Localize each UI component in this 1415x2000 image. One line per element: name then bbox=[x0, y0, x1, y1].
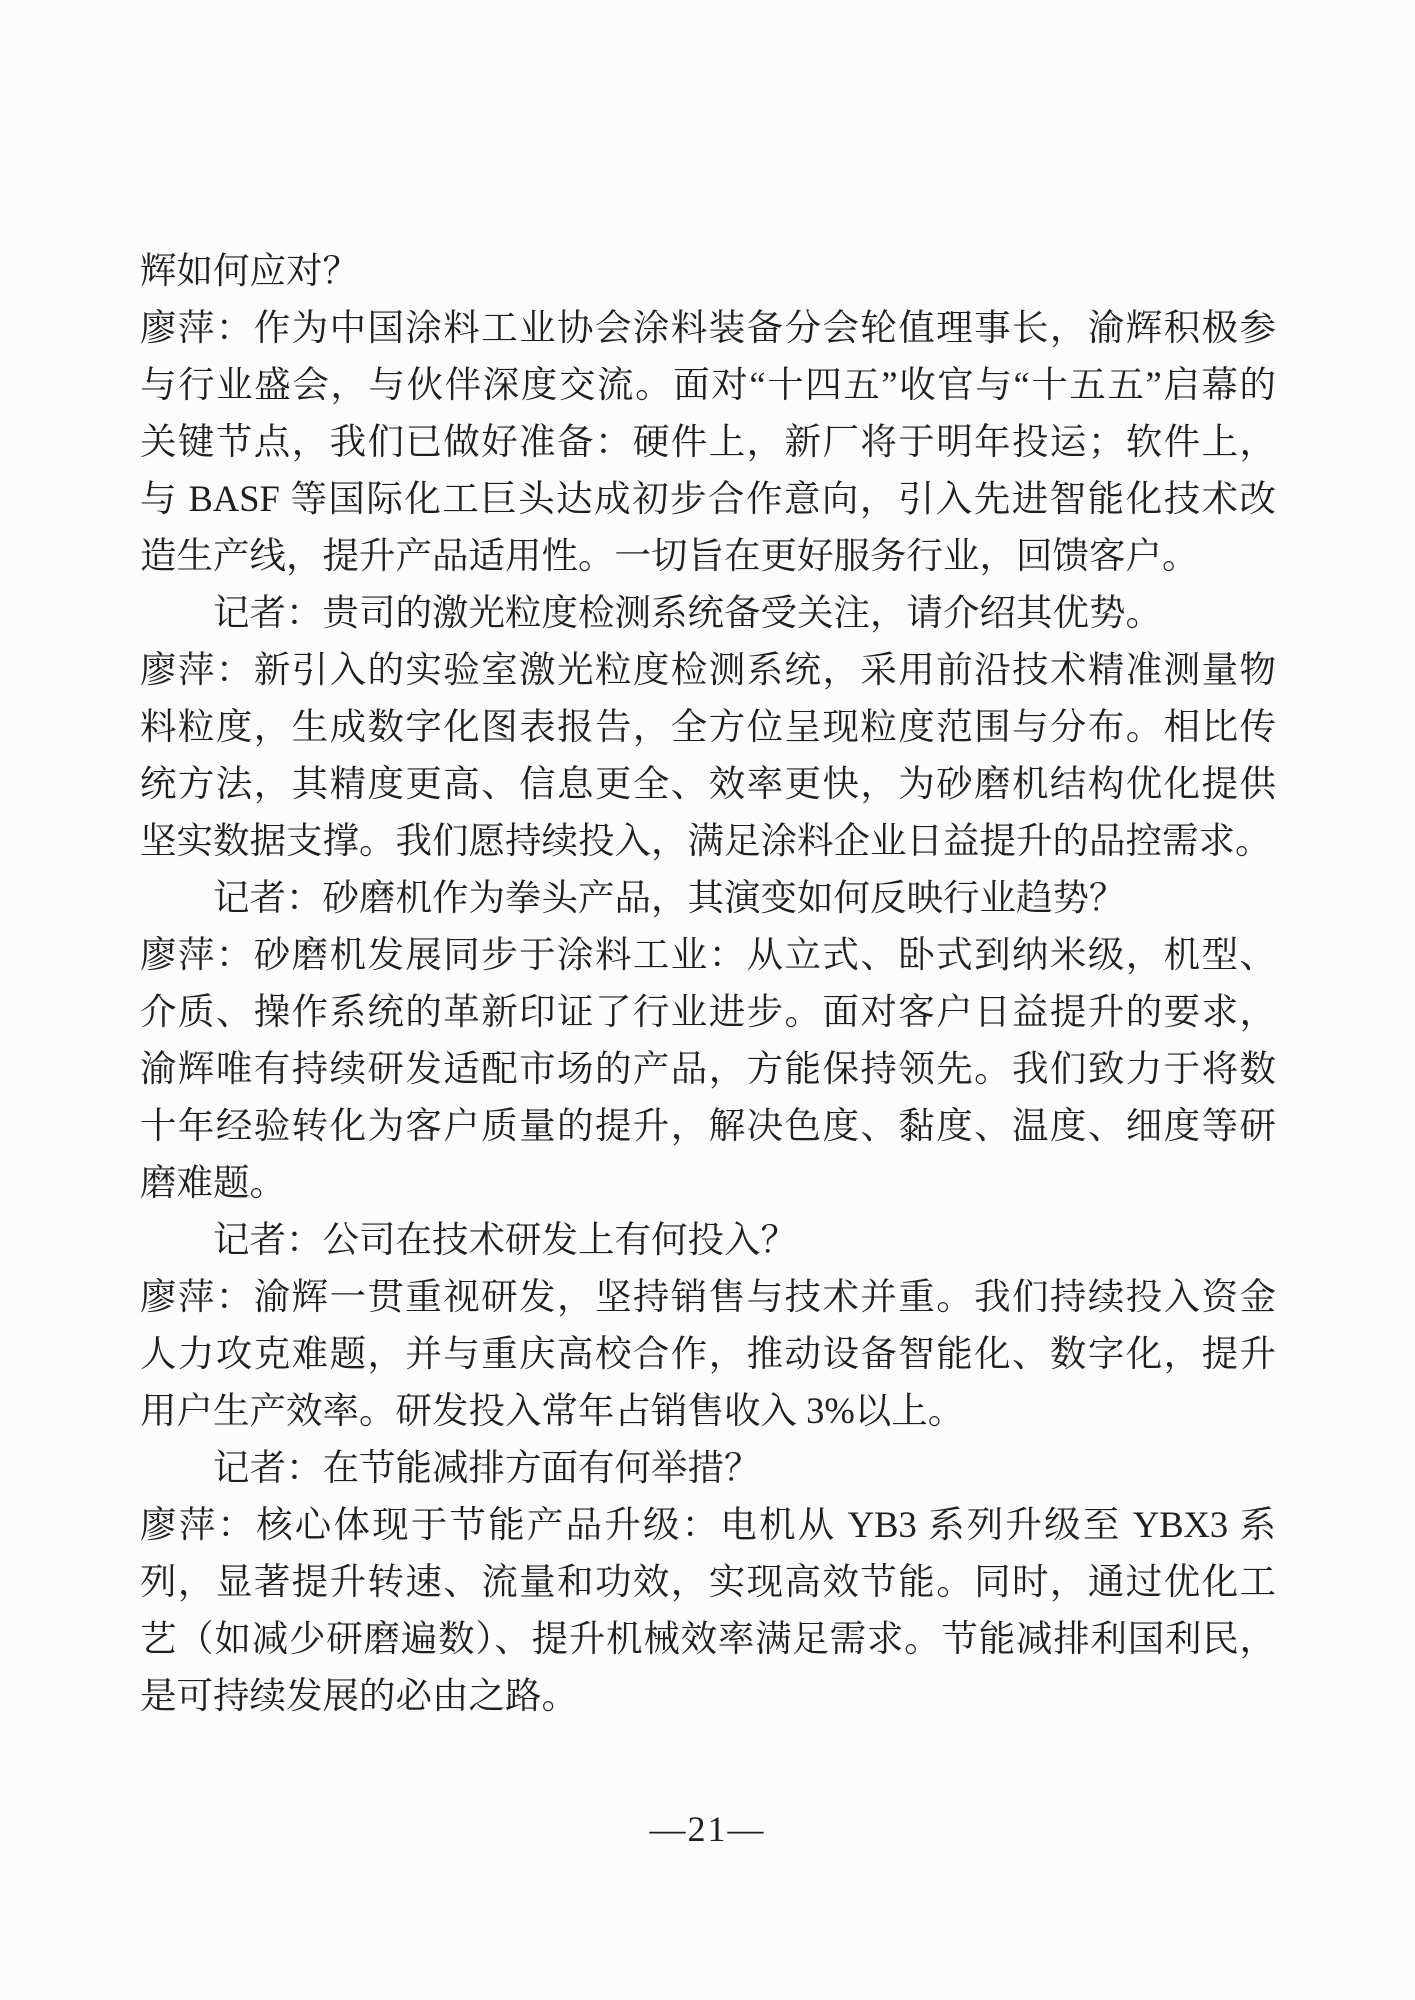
text-line: 廖萍：作为中国涂料工业协会涂料装备分会轮值理事长，渝辉积极参 bbox=[140, 299, 1276, 356]
text-line: 渝辉唯有持续研发适配市场的产品，方能保持领先。我们致力于将数 bbox=[140, 1040, 1276, 1097]
text-line: 列，显著提升转速、流量和功效，实现高效节能。同时，通过优化工 bbox=[140, 1553, 1276, 1610]
text-line: 十年经验转化为客户质量的提升，解决色度、黏度、温度、细度等研 bbox=[140, 1097, 1276, 1154]
text-line: 廖萍：砂磨机发展同步于涂料工业：从立式、卧式到纳米级，机型、 bbox=[140, 926, 1276, 983]
text-line: 辉如何应对？ bbox=[140, 242, 1276, 299]
document-page: 辉如何应对？廖萍：作为中国涂料工业协会涂料装备分会轮值理事长，渝辉积极参与行业盛… bbox=[0, 0, 1415, 2000]
text-line: 记者：砂磨机作为拳头产品，其演变如何反映行业趋势？ bbox=[140, 869, 1276, 926]
text-line: 料粒度，生成数字化图表报告，全方位呈现粒度范围与分布。相比传 bbox=[140, 698, 1276, 755]
page-number: —21— bbox=[0, 1808, 1415, 1850]
document-body: 辉如何应对？廖萍：作为中国涂料工业协会涂料装备分会轮值理事长，渝辉积极参与行业盛… bbox=[140, 242, 1276, 1724]
text-line: 艺（如减少研磨遍数）、提升机械效率满足需求。节能减排利国利民， bbox=[140, 1610, 1276, 1667]
text-line: 记者：贵司的激光粒度检测系统备受关注，请介绍其优势。 bbox=[140, 584, 1276, 641]
text-line: 造生产线，提升产品适用性。一切旨在更好服务行业，回馈客户。 bbox=[140, 527, 1276, 584]
text-line: 统方法，其精度更高、信息更全、效率更快，为砂磨机结构优化提供 bbox=[140, 755, 1276, 812]
text-line: 廖萍：核心体现于节能产品升级：电机从 YB3 系列升级至 YBX3 系 bbox=[140, 1496, 1276, 1553]
text-line: 记者：公司在技术研发上有何投入？ bbox=[140, 1211, 1276, 1268]
text-line: 关键节点，我们已做好准备：硬件上，新厂将于明年投运；软件上， bbox=[140, 413, 1276, 470]
text-line: 与 BASF 等国际化工巨头达成初步合作意向，引入先进智能化技术改 bbox=[140, 470, 1276, 527]
text-line: 是可持续发展的必由之路。 bbox=[140, 1667, 1276, 1724]
text-line: 磨难题。 bbox=[140, 1154, 1276, 1211]
text-line: 介质、操作系统的革新印证了行业进步。面对客户日益提升的要求， bbox=[140, 983, 1276, 1040]
text-line: 与行业盛会，与伙伴深度交流。面对“十四五”收官与“十五五”启幕的 bbox=[140, 356, 1276, 413]
text-line: 记者：在节能减排方面有何举措？ bbox=[140, 1439, 1276, 1496]
text-line: 坚实数据支撑。我们愿持续投入，满足涂料企业日益提升的品控需求。 bbox=[140, 812, 1276, 869]
text-line: 人力攻克难题，并与重庆高校合作，推动设备智能化、数字化，提升 bbox=[140, 1325, 1276, 1382]
text-line: 廖萍：新引入的实验室激光粒度检测系统，采用前沿技术精准测量物 bbox=[140, 641, 1276, 698]
text-line: 用户生产效率。研发投入常年占销售收入 3%以上。 bbox=[140, 1382, 1276, 1439]
text-line: 廖萍：渝辉一贯重视研发，坚持销售与技术并重。我们持续投入资金 bbox=[140, 1268, 1276, 1325]
